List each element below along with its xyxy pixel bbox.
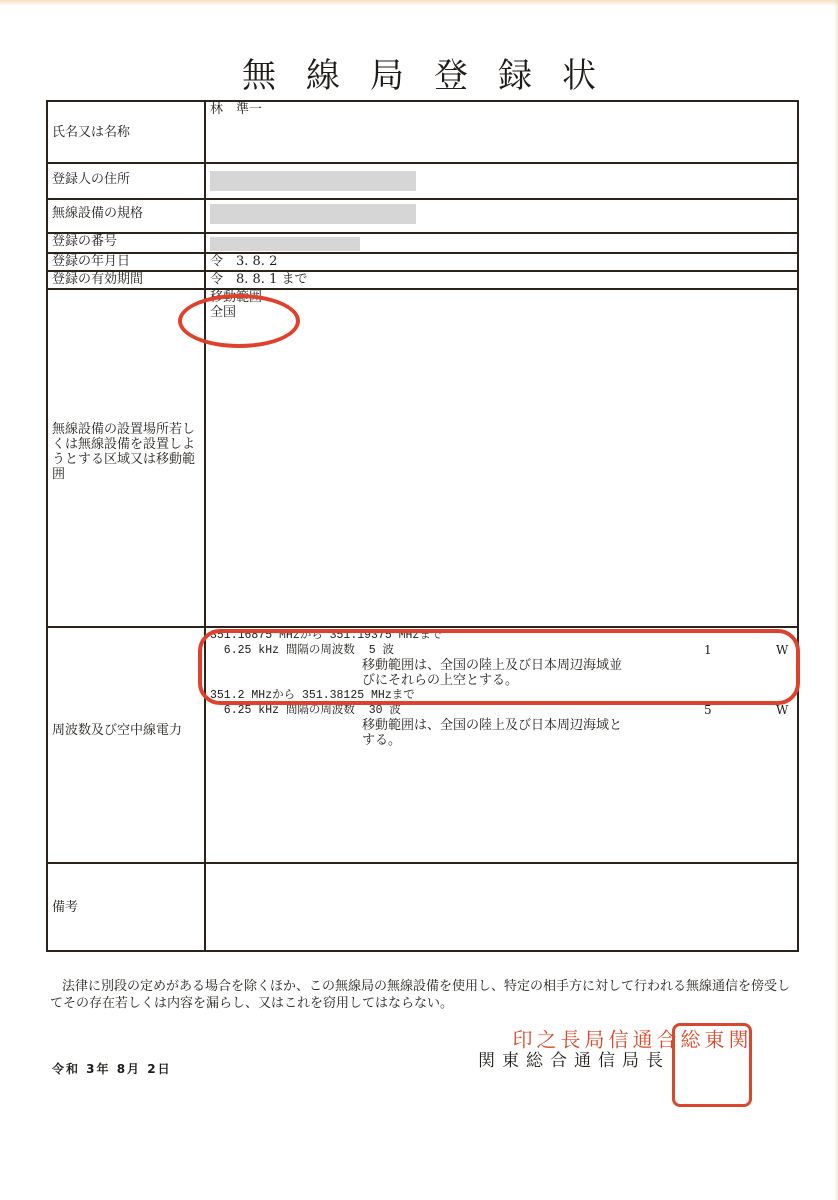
range-note: 移動範囲は、全国の陸上及び日本周辺海域と [210,718,793,733]
value-registration-date: 令 3. 8. 2 [205,253,798,271]
registration-form-table: 氏名又は名称 林 準一 登録人の住所 無線設備の規格 登録の番号 登録の年月日 … [46,100,799,952]
frequency-range: 351.2 MHzから 351.38125 MHzまで [210,688,793,703]
row-address: 登録人の住所 [47,163,798,199]
issue-date: 令和 3年 8月 2日 [52,1060,172,1077]
document-title: 無線局登録状 [0,48,838,97]
frequency-range: 351.16875 MHzから 351.19375 MHzまで [210,628,793,643]
label-frequency-power: 周波数及び空中線電力 [47,627,205,863]
label-registration-date: 登録の年月日 [47,253,205,271]
paper-edge [834,0,838,1200]
label-name: 氏名又は名称 [47,101,205,163]
range-note: びにそれらの上空とする。 [210,673,793,688]
row-location: 無線設備の設置場所若しくは無線設備を設置しようとする区域又は移動範囲 移動範囲 … [47,289,798,627]
label-registration-number: 登録の番号 [47,233,205,253]
redacted-address [210,171,416,191]
legal-notice: 法律に別段の定めがある場合を除くほか、この無線局の無線設備を使用し、特定の相手方… [50,978,790,1012]
range-note: 移動範囲は、全国の陸上及び日本周辺海域並 [210,658,793,673]
row-remarks: 備考 [47,863,798,951]
seal-text: 関東総合通信局長之印 [509,1026,749,1052]
row-name: 氏名又は名称 林 準一 [47,101,798,163]
frequency-entry: 351.16875 MHzから 351.19375 MHzまで 6.25 kHz… [210,628,793,688]
value-equipment-spec [205,199,798,233]
power-unit: W [776,703,788,718]
redacted-equipment-spec [210,204,416,224]
label-remarks: 備考 [47,863,205,951]
row-equipment-spec: 無線設備の規格 [47,199,798,233]
value-address [205,163,798,199]
redacted-registration-number [210,237,360,251]
label-address: 登録人の住所 [47,163,205,199]
paper-edge [0,0,838,6]
location-line-1: 移動範囲 [210,290,793,305]
power-value: 1 [704,643,712,658]
row-registration-date: 登録の年月日 令 3. 8. 2 [47,253,798,271]
value-location: 移動範囲 全国 [205,289,798,627]
location-line-2: 全国 [210,305,793,320]
official-seal: 関東総合通信局長之印 [672,1023,752,1107]
row-frequency-power: 周波数及び空中線電力 351.16875 MHzから 351.19375 MHz… [47,627,798,863]
value-registration-number [205,233,798,253]
row-registration-number: 登録の番号 [47,233,798,253]
frequency-entry: 351.2 MHzから 351.38125 MHzまで 6.25 kHz 間隔の… [210,688,793,748]
value-name: 林 準一 [205,101,798,163]
label-equipment-spec: 無線設備の規格 [47,199,205,233]
range-note: する。 [210,733,793,748]
row-validity-period: 登録の有効期間 令 8. 8. 1 まで [47,271,798,289]
power-value: 5 [704,703,712,718]
label-location: 無線設備の設置場所若しくは無線設備を設置しようとする区域又は移動範囲 [47,289,205,627]
power-unit: W [776,643,788,658]
label-validity-period: 登録の有効期間 [47,271,205,289]
value-frequency-power: 351.16875 MHzから 351.19375 MHzまで 6.25 kHz… [205,627,798,863]
value-validity-period: 令 8. 8. 1 まで [205,271,798,289]
value-remarks [205,863,798,951]
